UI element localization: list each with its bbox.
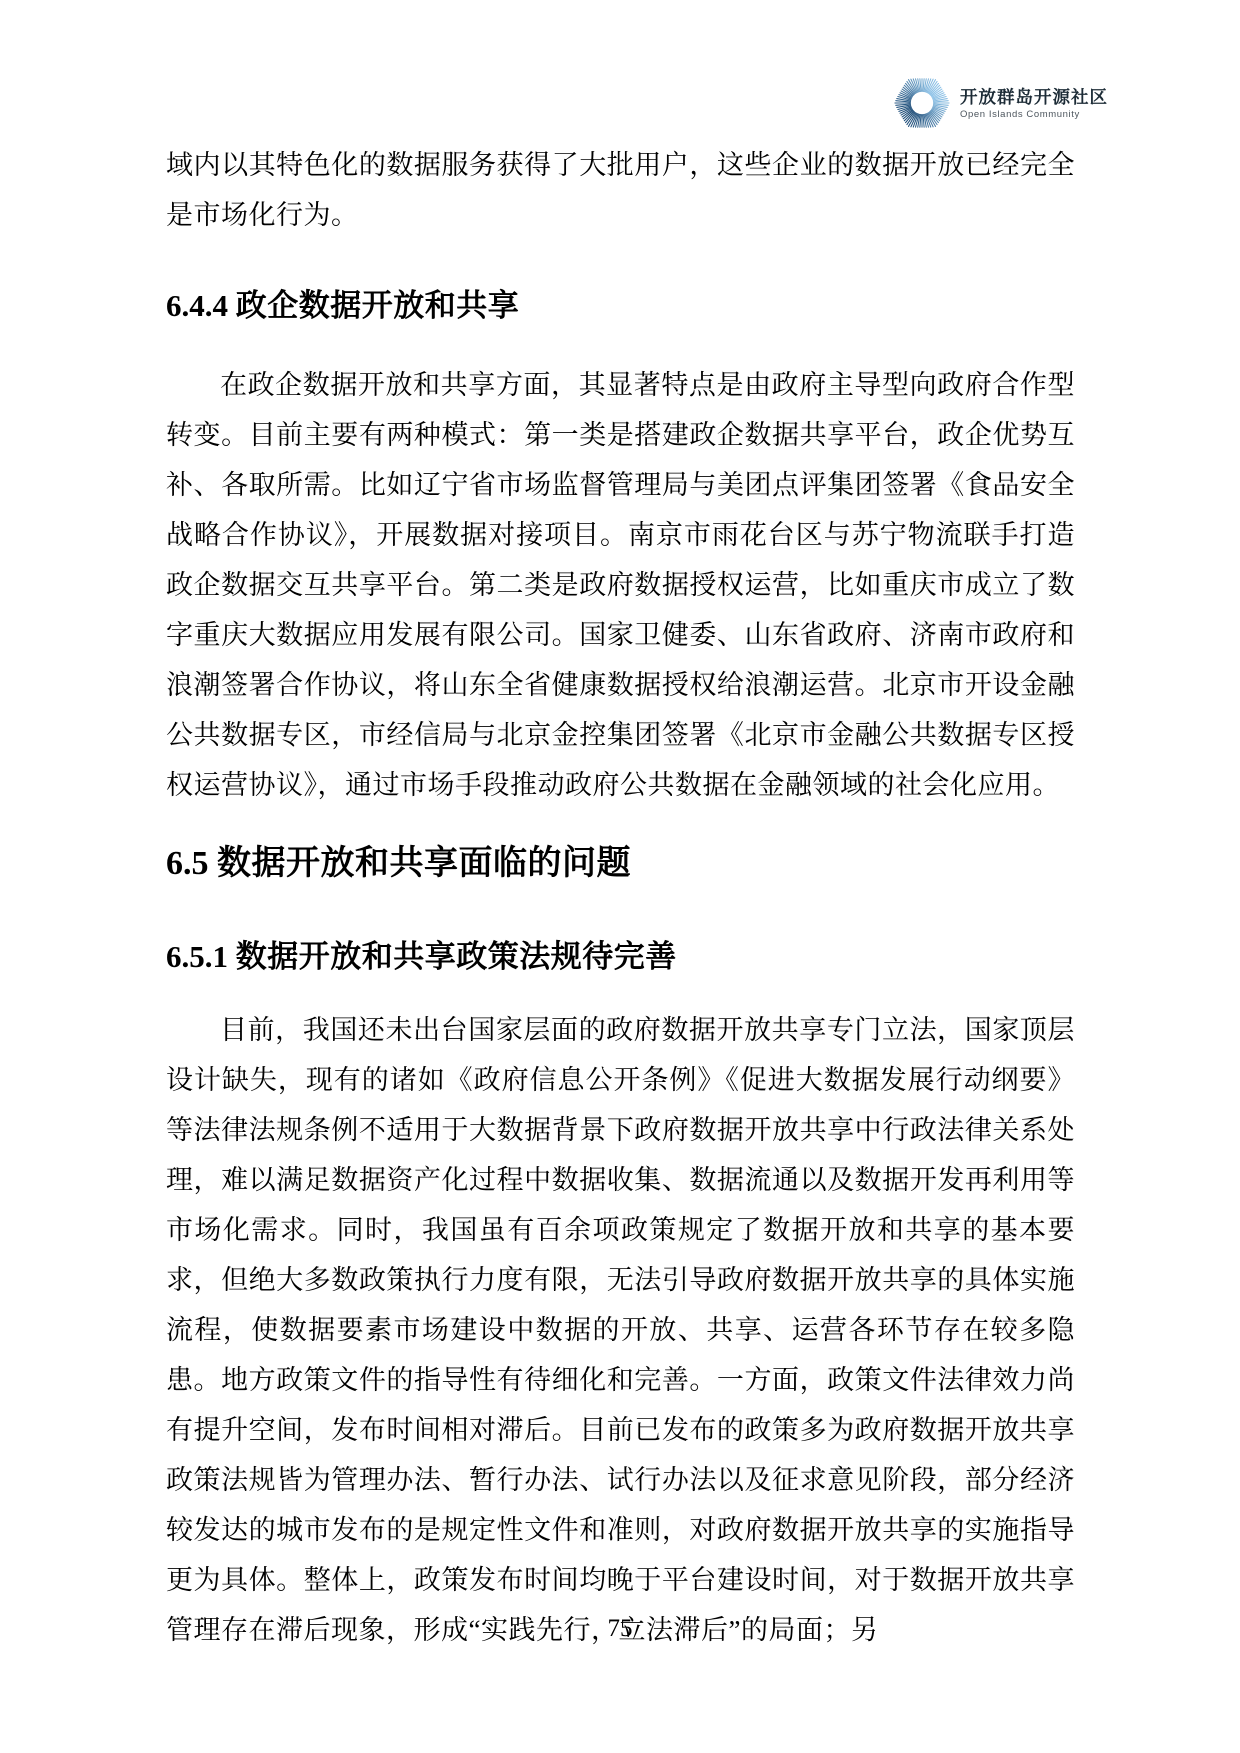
section-heading-6-4-4: 6.4.4 政企数据开放和共享 (166, 285, 1075, 327)
heading-number: 6.5.1 (166, 939, 228, 974)
logo-title-zh: 开放群岛开源社区 (960, 86, 1108, 108)
paragraph-section-6-5-1: 目前，我国还未出台国家层面的政府数据开放共享专门立法，国家顶层设计缺失，现有的诸… (166, 1005, 1075, 1655)
heading-number: 6.5 (166, 845, 209, 882)
heading-title: 政企数据开放和共享 (236, 288, 520, 323)
logo: 开放群岛开源社区 Open Islands Community (893, 74, 1108, 132)
heading-title: 数据开放和共享面临的问题 (217, 844, 631, 882)
page-number: 75 (0, 1615, 1240, 1643)
logo-subtitle-en: Open Islands Community (960, 108, 1108, 121)
heading-title: 数据开放和共享政策法规待完善 (236, 939, 677, 974)
open-islands-starburst-icon (893, 74, 951, 132)
paragraph-section-6-4-4: 在政企数据开放和共享方面，其显著特点是由政府主导型向政府合作型转变。目前主要有两… (166, 360, 1075, 810)
document-page: 开放群岛开源社区 Open Islands Community 域内以其特色化的… (0, 0, 1240, 1753)
heading-number: 6.4.4 (166, 288, 228, 323)
section-heading-6-5-1: 6.5.1 数据开放和共享政策法规待完善 (166, 936, 1075, 978)
section-heading-6-5: 6.5 数据开放和共享面临的问题 (166, 840, 1075, 887)
logo-text: 开放群岛开源社区 Open Islands Community (960, 86, 1108, 121)
paragraph-continuation: 域内以其特色化的数据服务获得了大批用户，这些企业的数据开放已经完全是市场化行为。 (166, 140, 1075, 240)
